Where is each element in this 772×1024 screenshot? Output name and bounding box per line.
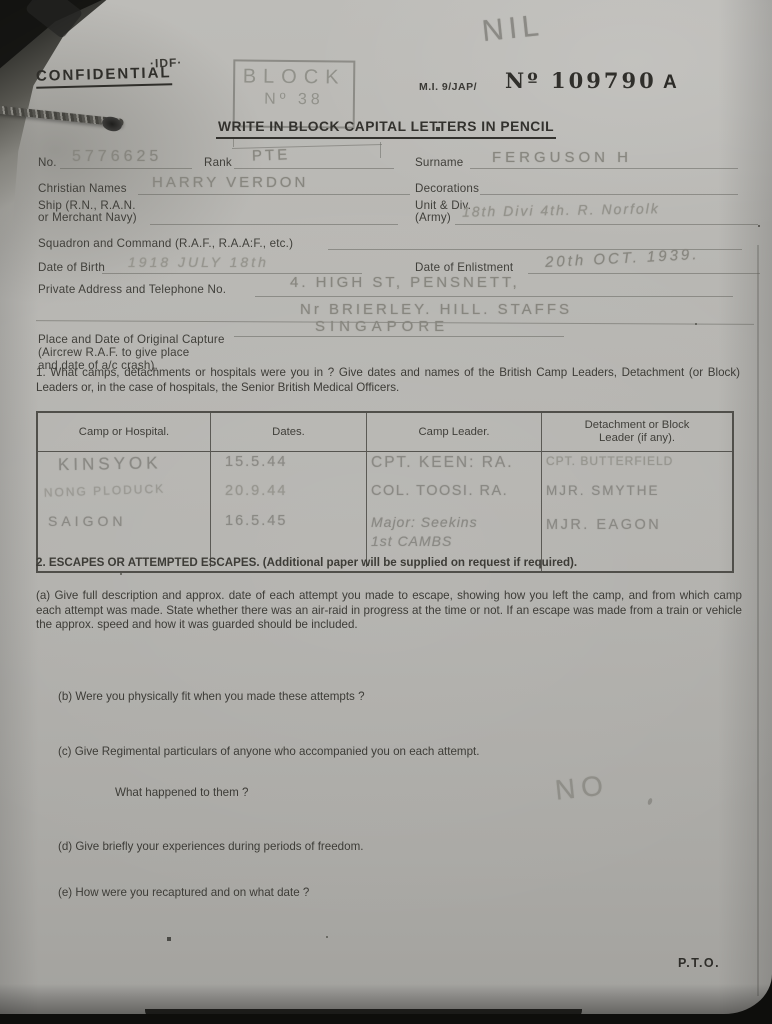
pencil-bracket-tick-right <box>380 142 381 158</box>
nil-annotation: NIL <box>480 9 545 49</box>
camp-leader-cell: COL. TOOSI. RA. <box>366 481 541 511</box>
camp-cell: NONG PLODUCK <box>38 478 211 514</box>
block-stamp-word: BLOCK <box>235 65 353 89</box>
rank-underline <box>234 168 394 169</box>
address-value-line1: 4. HIGH ST, PENSNETT, <box>290 274 520 291</box>
date-of-birth-label: Date of Birth <box>38 261 105 274</box>
unit-div-label-line2: (Army) <box>415 211 451 224</box>
surname-underline <box>470 168 738 169</box>
pto-mark: P.T.O. <box>678 956 720 970</box>
table-row: KINSYOK 15.5.44 CPT. KEEN: RA. CPT. BUTT… <box>38 452 732 481</box>
christian-names-value: HARRY VERDON <box>152 174 308 191</box>
address-underline-1 <box>255 296 733 297</box>
ship-underline <box>150 224 398 225</box>
enlistment-underline <box>528 273 760 274</box>
rank-label: Rank <box>204 156 232 169</box>
paper-speckles <box>0 0 2 2</box>
no-label: No. <box>38 156 57 169</box>
form-instruction-heading: WRITE IN BLOCK CAPITAL LETTERS IN PENCIL <box>200 119 572 139</box>
dates-cell: 15.5.44 <box>210 452 366 481</box>
page-edge-line <box>757 245 759 996</box>
col-header-camp: Camp or Hospital. <box>38 413 210 452</box>
decorations-underline <box>480 194 738 195</box>
serial-number: Nº 109790 <box>505 68 657 93</box>
section-2a-text: (a) Give full description and approx. da… <box>36 589 742 633</box>
question-2d: (d) Give briefly your experiences during… <box>58 840 363 855</box>
enlistment-label: Date of Enlistment <box>415 261 513 274</box>
detachment-leader-cell: CPT. BUTTERFIELD <box>541 452 732 481</box>
ship-label-line2: or Merchant Navy) <box>38 211 137 224</box>
capture-value: SINGAPORE <box>315 318 449 335</box>
no-value: 5776625 <box>72 148 162 166</box>
camp-cell: KINSYOK <box>38 451 210 483</box>
camps-table: Camp or Hospital. Dates. Camp Leader. De… <box>36 411 734 573</box>
confidential-overprint: ·IDF· <box>150 55 183 70</box>
surname-label: Surname <box>415 156 463 169</box>
camps-table-header-row: Camp or Hospital. Dates. Camp Leader. De… <box>38 413 732 452</box>
rank-value: PTE <box>252 146 291 164</box>
question-1-text: 1. What camps, detachments or hospitals … <box>36 366 740 395</box>
surname-value: FERGUSON H <box>492 149 632 166</box>
series-letter: A <box>663 72 677 94</box>
squadron-label: Squadron and Command (R.A.F., R.A.A:F., … <box>38 237 293 250</box>
col-header-detachment-leader: Detachment or Block Leader (if any). <box>541 413 732 452</box>
dates-cell: 20.9.44 <box>210 481 366 511</box>
table-row: NONG PLODUCK 20.9.44 COL. TOOSI. RA. MJR… <box>38 481 732 511</box>
pencil-bracket-tick-left <box>233 139 234 147</box>
bottom-edge-shadow <box>145 1009 582 1019</box>
christian-names-underline <box>138 194 410 195</box>
christian-names-label: Christian Names <box>38 182 127 195</box>
capture-label-line2: (Aircrew R.A.F. to give place <box>38 346 189 359</box>
question-2b: (b) Were you physically fit when you mad… <box>58 690 365 705</box>
detachment-leader-cell: MJR. SMYTHE <box>541 481 732 511</box>
section-2-title: 2. ESCAPES OR ATTEMPTED ESCAPES. (Additi… <box>36 556 736 571</box>
block-stamp-number: Nº 38 <box>235 90 353 109</box>
col-header-camp-leader: Camp Leader. <box>366 413 541 452</box>
date-of-birth-value: 1918 JULY 18th <box>128 254 269 270</box>
question-2c: (c) Give Regimental particulars of anyon… <box>58 745 479 760</box>
camp-leader-cell: CPT. KEEN: RA. <box>366 452 541 481</box>
decorations-label: Decorations <box>415 182 479 195</box>
address-value-line2: Nr BRIERLEY. HILL. STAFFS <box>300 301 572 318</box>
no-underline <box>60 168 192 169</box>
form-instruction-text: WRITE IN BLOCK CAPITAL LETTERS IN PENCIL <box>216 119 556 139</box>
address-label: Private Address and Telephone No. <box>38 283 226 296</box>
question-2c-followup: What happened to them ? <box>115 786 248 801</box>
col-header-dates: Dates. <box>210 413 366 452</box>
pencil-answer-no: NO <box>553 769 610 806</box>
unit-div-underline <box>455 224 758 225</box>
question-2e: (e) How were you recaptured and on what … <box>58 886 309 901</box>
form-reference: M.I. 9/JAP/ <box>419 81 477 93</box>
capture-label-line1: Place and Date of Original Capture <box>38 333 225 346</box>
capture-underline <box>234 336 564 337</box>
